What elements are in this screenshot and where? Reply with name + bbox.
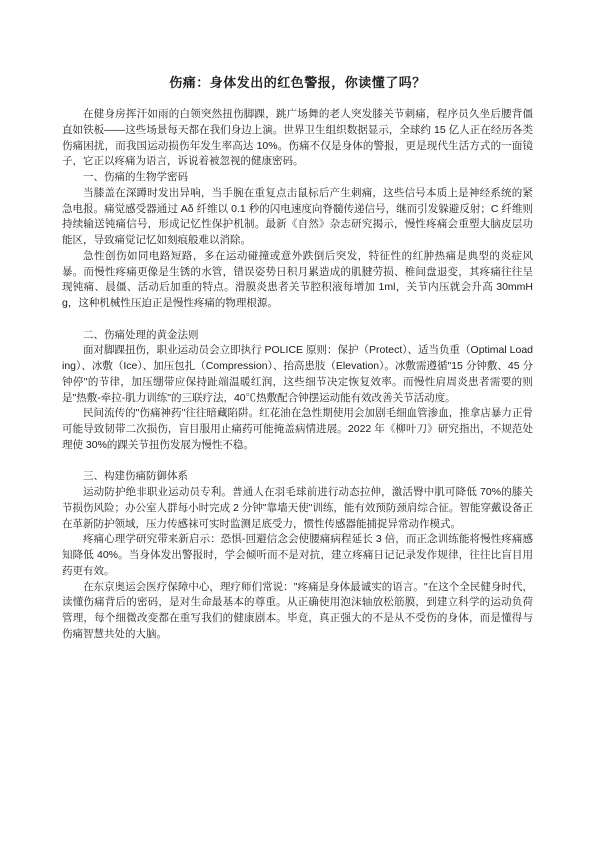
closing-paragraph: 在东京奥运会医疗保障中心，理疗师们常说："疼痛是身体最诚实的语言。"在这个全民健… [62, 580, 533, 643]
document-page: 伤痛：身体发出的红色警报，你读懂了吗？ 在健身房挥汗如雨的白领突然扭伤脚踝，跳广… [0, 0, 595, 841]
blank-line [62, 454, 533, 470]
section-2-paragraph-2: 民间流传的"伤痛神药"往往暗藏陷阱。红花油在急性期使用会加剧毛细血管渗血，推拿店… [62, 406, 533, 453]
document-title: 伤痛：身体发出的红色警报，你读懂了吗？ [62, 73, 533, 93]
section-3-paragraph-1: 运动防护绝非职业运动员专利。普通人在羽毛球前进行动态拉伸，激活臀中肌可降低 70… [62, 485, 533, 532]
section-2-heading: 二、伤痛处理的黄金法则 [62, 328, 533, 344]
section-1-paragraph-1: 当膝盖在深蹲时发出异响，当手腕在重复点击鼠标后产生刺痛，这些信号本质上是神经系统… [62, 186, 533, 249]
section-2-paragraph-1: 面对脚踝扭伤，职业运动员会立即执行 POLICE 原则：保护（Protect）、… [62, 343, 533, 406]
section-1-paragraph-2: 急性创伤如同电路短路，多在运动碰撞或意外跌倒后突发，特征性的红肿热痛是典型的炎症… [62, 249, 533, 312]
section-1-heading: 一、伤痛的生物学密码 [62, 170, 533, 186]
section-3-heading: 三、构建伤痛防御体系 [62, 469, 533, 485]
intro-paragraph: 在健身房挥汗如雨的白领突然扭伤脚踝，跳广场舞的老人突发膝关节刺痛，程序员久坐后腰… [62, 107, 533, 170]
blank-line [62, 312, 533, 328]
section-3-paragraph-2: 疼痛心理学研究带来新启示：恐惧-回避信念会使腰痛病程延长 3 倍，而正念训练能将… [62, 532, 533, 579]
